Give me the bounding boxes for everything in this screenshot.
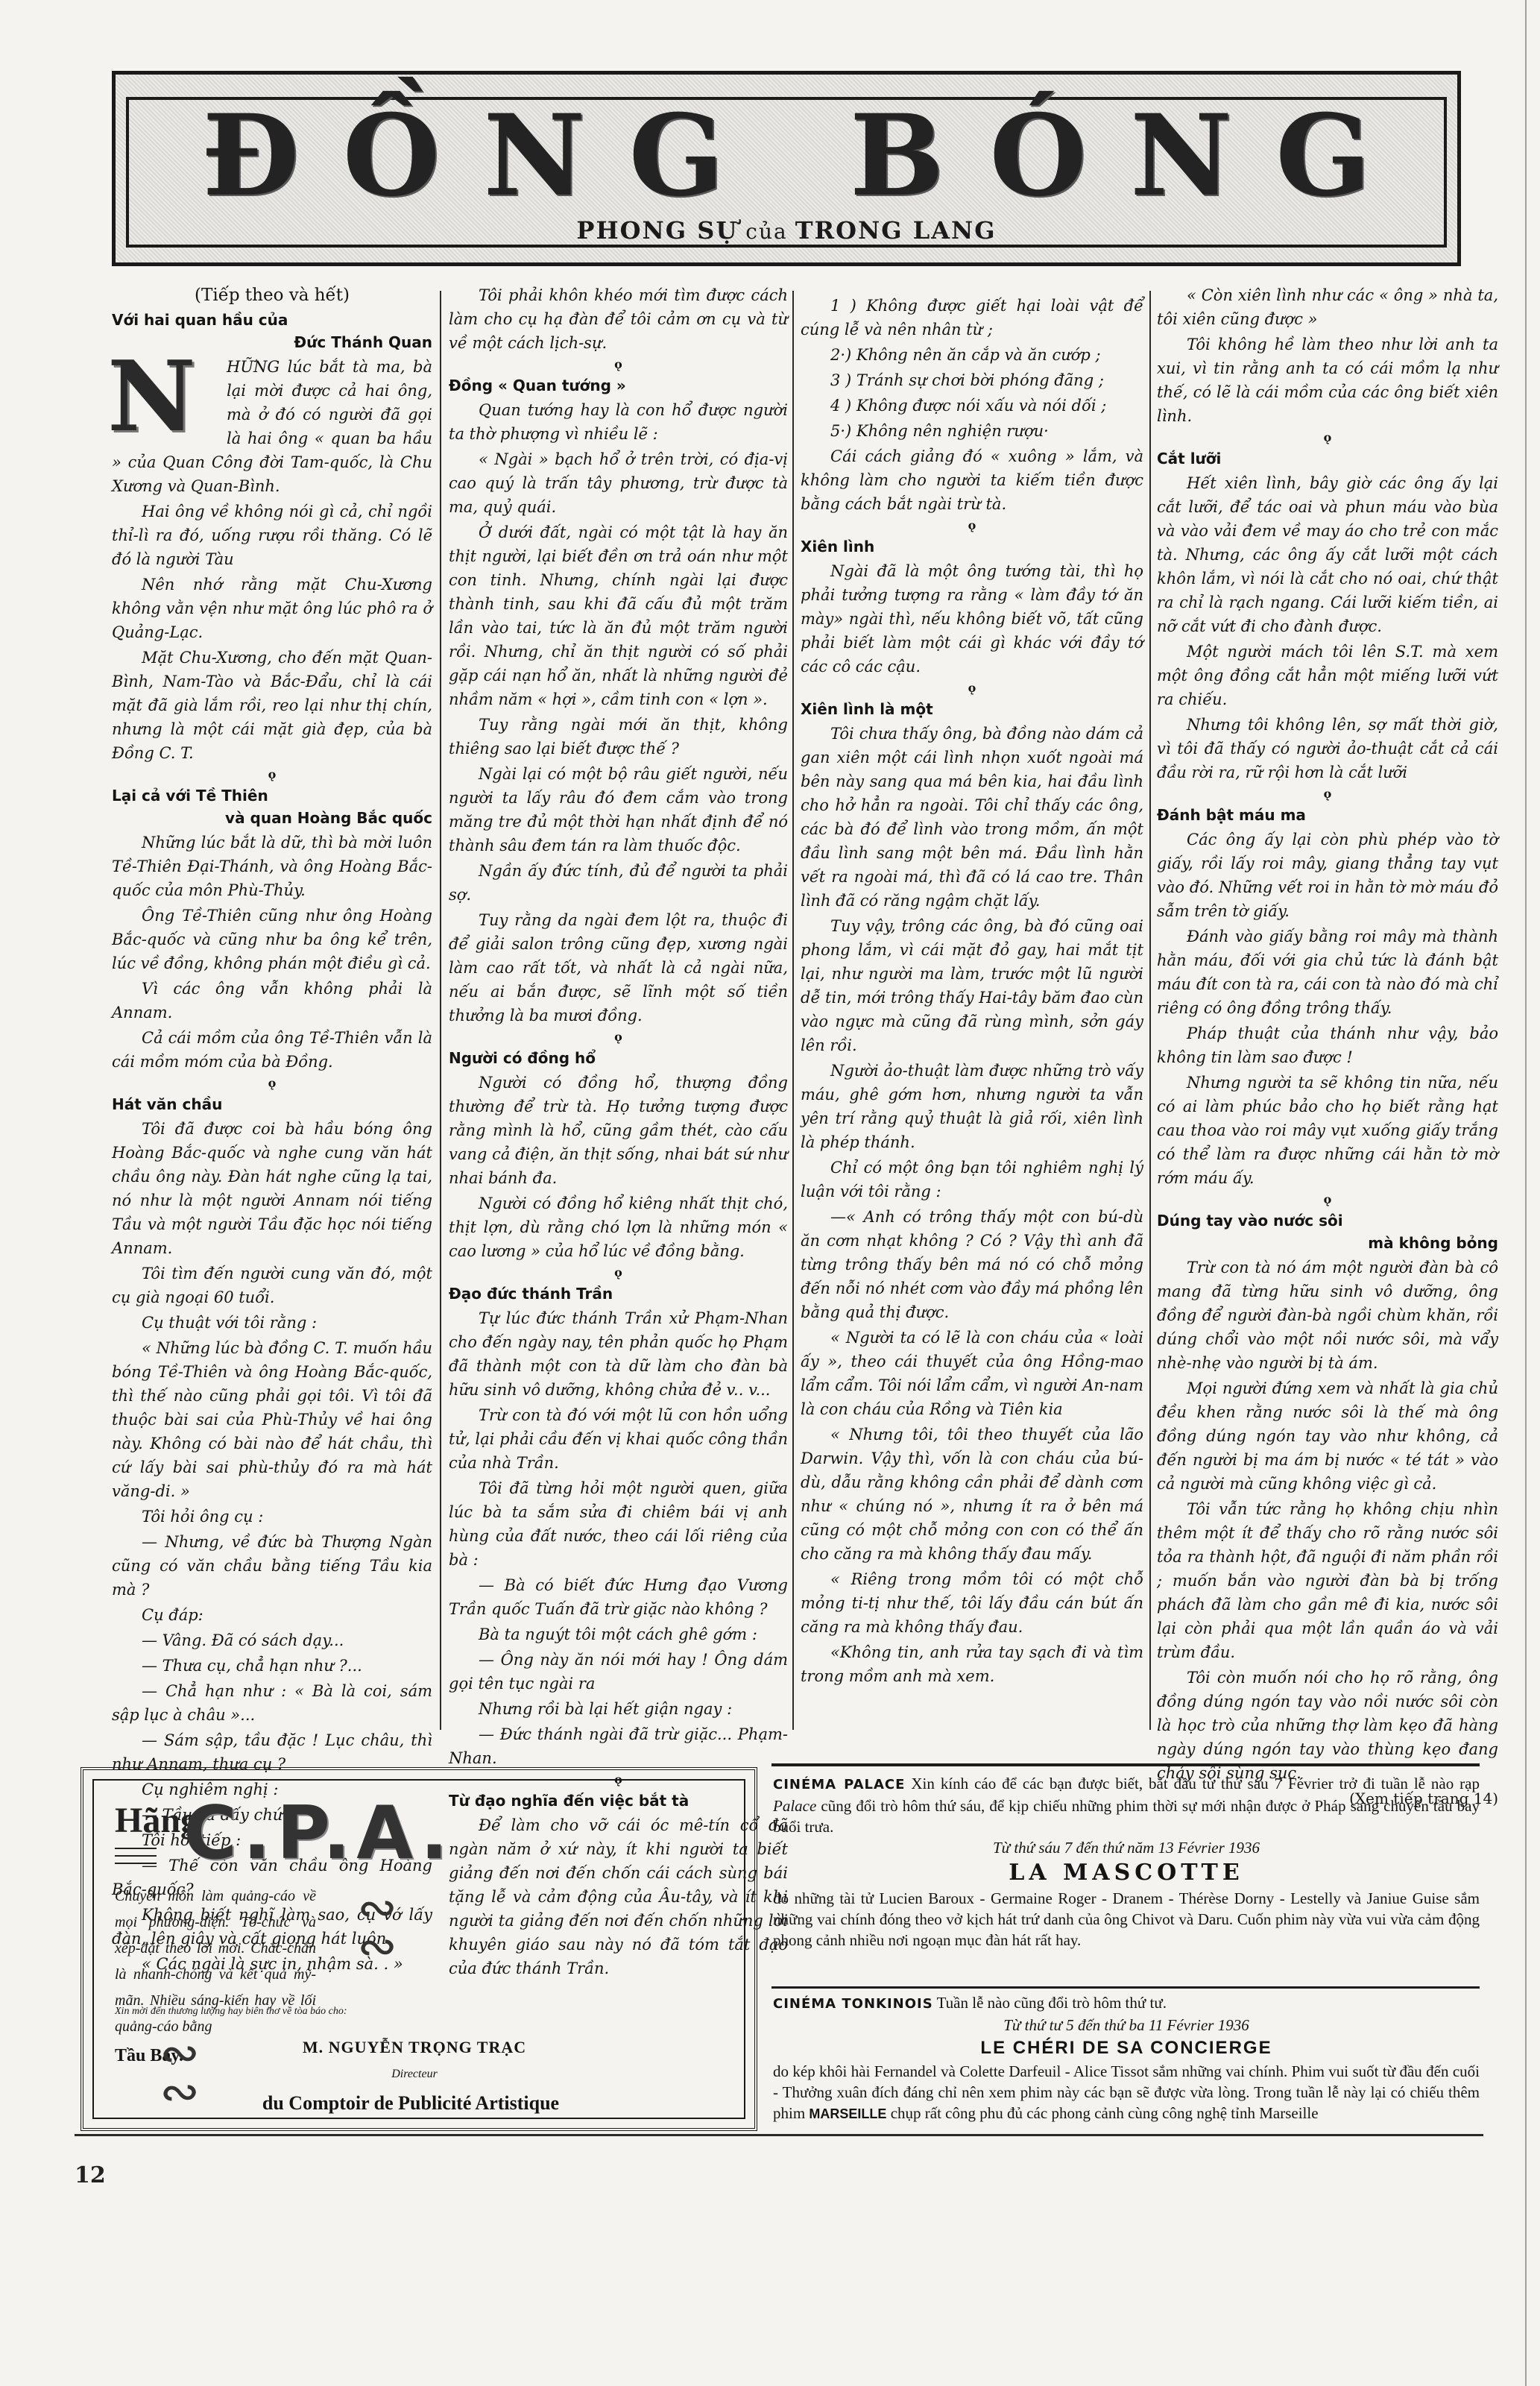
paragraph: Nên nhớ rằng mặt Chu-Xương không vằn vện…: [112, 573, 432, 644]
section-separator-icon: ǫ: [449, 1265, 788, 1281]
paragraph: Tôi vẫn tức rằng họ không chịu nhìn thêm…: [1157, 1497, 1498, 1664]
column-2: Tôi phải khôn khéo mới tìm được cách làm…: [449, 283, 788, 1737]
column-divider: [1149, 291, 1151, 1730]
paragraph: Tuy vậy, trông các ông, bà đó cũng oai p…: [801, 914, 1143, 1057]
ad-invitation: Xin mời đến thương lượng hay biên thơ về…: [115, 2006, 428, 2018]
paragraph: Mọi người đứng xem và nhất là gia chủ đề…: [1157, 1376, 1498, 1496]
paragraph: Ngài đã là một ông tướng tài, thì họ phả…: [801, 559, 1143, 679]
paragraph: Hai ông về không nói gì cả, chỉ ngồi thỉ…: [112, 500, 432, 571]
company-name: du Comptoir de Publicité Artistique: [236, 2092, 586, 2115]
cinema-notice: Xin kính cáo để các bạn được biết, bắt đ…: [911, 1775, 1480, 1792]
ad-label-underline: [115, 1848, 157, 1870]
paragraph: « Những lúc bà đồng C. T. muốn hầu bóng …: [112, 1336, 432, 1503]
cinema-name: CINÉMA PALACE: [773, 1777, 905, 1792]
paragraph: Cụ đáp:: [112, 1603, 432, 1627]
paragraph: «Không tin, anh rửa tay sạch đi và tìm t…: [801, 1640, 1143, 1688]
section-separator-icon: ǫ: [801, 680, 1143, 696]
showing-dates: Từ thứ sáu 7 đến thứ năm 13 Février 1936: [773, 1837, 1480, 1858]
paragraph: — Ông này ăn nói mới hay ! Ông dám gọi t…: [449, 1648, 788, 1696]
paragraph: « Người ta có lẽ là con cháu của « loài …: [801, 1326, 1143, 1421]
heading-line: và quan Hoàng Bắc quốc: [112, 807, 432, 829]
subtitle-prefix: PHONG SỰ: [576, 216, 738, 245]
paragraph: Hết xiên lình, bây giờ các ông ấy lại cắ…: [1157, 471, 1498, 638]
paragraph: Nhưng người ta sẽ không tin nữa, nếu có …: [1157, 1071, 1498, 1190]
paragraph: Người có đồng hổ kiêng nhất thịt chó, th…: [449, 1192, 788, 1263]
paragraph: Tôi tìm đến người cung văn đó, một cụ gi…: [112, 1262, 432, 1309]
ad-inner-frame: Hãng C.P.A. Chuyên môn làm quảng-cáo về …: [92, 1779, 745, 2119]
cinema-notice-italic: Palace: [773, 1797, 816, 1815]
flourish-ornament-icon: ∾ ∾: [154, 2034, 206, 2112]
paragraph: Tôi không hề làm theo như lời anh ta xui…: [1157, 333, 1498, 428]
paragraph: Tuy rằng da ngài đem lột ra, thuộc đi để…: [449, 908, 788, 1027]
section-separator-icon: ǫ: [112, 767, 432, 783]
paragraph: Đánh vào giấy bằng roi mây mà thành hằn …: [1157, 925, 1498, 1020]
section-heading: Đồng « Quan tướng »: [449, 374, 788, 397]
subtitle-by: của: [745, 219, 787, 244]
section-heading: Xiên lình: [801, 535, 1143, 558]
paragraph: Cái cách giảng đó « xuông » lắm, và khôn…: [801, 444, 1143, 516]
paragraph: « Ngài » bạch hổ ở trên trời, có địa-vị …: [449, 447, 788, 519]
paragraph: « Còn xiên lình như các « ông » nhà ta, …: [1157, 283, 1498, 331]
cinema-notice: cũng đổi trò hôm thứ sáu, để kịp chiếu n…: [773, 1797, 1480, 1836]
paragraph: Tôi hỏi ông cụ :: [112, 1505, 432, 1529]
list-item: 2·) Không nên ăn cắp và ăn cướp ;: [801, 343, 1143, 367]
paragraph: Trừ con tà đó với một lũ con hồn uổng tử…: [449, 1403, 788, 1475]
column-4: « Còn xiên lình như các « ông » nhà ta, …: [1157, 283, 1498, 1737]
film-description: do những tài tử Lucien Baroux - Germaine…: [773, 1888, 1480, 1951]
section-separator-icon: ǫ: [1157, 1192, 1498, 1208]
cinema-notice: Tuần lễ nào cũng đổi trò hôm thứ tư.: [937, 1994, 1167, 2012]
flourish-glyph: ∾: [160, 2065, 200, 2120]
section-heading: Hát văn chầu: [112, 1093, 432, 1115]
paragraph: — Bà có biết đức Hưng đạo Vương Trần quố…: [449, 1573, 788, 1621]
masthead-subtitle: PHONG SỰcủaTRONG LANG: [576, 216, 996, 245]
list-item: 4 ) Không được nói xấu và nói dối ;: [801, 394, 1143, 418]
paragraph: Chỉ có một ông bạn tôi nghiêm nghị lý lu…: [801, 1156, 1143, 1203]
section-heading: Lại cả với Tề Thiên và quan Hoàng Bắc qu…: [112, 784, 432, 829]
film-description-text: chụp rất công phu đủ các phong cảnh cùng…: [891, 2104, 1319, 2122]
paragraph: — Nhưng, về đức bà Thượng Ngàn cũng có v…: [112, 1530, 432, 1602]
paragraph: Người có đồng hổ, thượng đồng thường để …: [449, 1071, 788, 1190]
paragraph: Cụ thuật với tôi rằng :: [112, 1311, 432, 1335]
cinema-tonkinois-listing: CINÉMA TONKINOIS Tuần lễ nào cũng đổi tr…: [773, 1992, 1480, 2124]
section-separator-icon: ǫ: [1157, 429, 1498, 446]
paragraph: Tôi còn muốn nói cho họ rõ rằng, ông đồn…: [1157, 1666, 1498, 1785]
paragraph: Ông Tề-Thiên cũng như ông Hoàng Bắc-quốc…: [112, 904, 432, 975]
paragraph: Quan tướng hay là con hổ được người ta t…: [449, 398, 788, 446]
column-divider: [440, 291, 441, 1730]
section-separator-icon: ǫ: [801, 517, 1143, 534]
paragraph: Người ảo-thuật làm được những trò vấy má…: [801, 1059, 1143, 1154]
paragraph: Ở dưới đất, ngài có một tật là hay ăn th…: [449, 520, 788, 711]
film-extra-title: MARSEILLE: [809, 2106, 886, 2121]
masthead-frame: ĐỒNG BÓNG PHONG SỰcủaTRONG LANG: [126, 97, 1447, 248]
paragraph: — Đức thánh ngài đã trừ giặc... Phạm-Nha…: [449, 1722, 788, 1770]
paragraph: Tôi đã từng hỏi một người quen, giữa lúc…: [449, 1476, 788, 1572]
paragraph: — Thưa cụ, chẳ hạn như ?...: [112, 1654, 432, 1678]
horizontal-rule: [75, 2134, 1483, 2136]
section-heading: Đánh bật máu ma: [1157, 804, 1498, 826]
paragraph: Các ông ấy lại còn phù phép vào tờ giấy,…: [1157, 828, 1498, 923]
paragraph: Một người mách tôi lên S.T. mà xem một ô…: [1157, 640, 1498, 711]
paragraph: Trừ con tà nó ám một người đàn bà cô man…: [1157, 1256, 1498, 1375]
paragraph: Tự lúc đức thánh Trần xử Phạm-Nhan cho đ…: [449, 1306, 788, 1402]
section-heading: Dúng tay vào nước sôi mà không bỏng: [1157, 1209, 1498, 1254]
author-name: TRONG LANG: [795, 216, 997, 245]
cpa-advertisement: Hãng C.P.A. Chuyên môn làm quảng-cáo về …: [81, 1767, 757, 2131]
section-heading: Người có đồng hổ: [449, 1047, 788, 1069]
paragraph: Vì các ông vẫn không phải là Annam.: [112, 977, 432, 1024]
paragraph: Những lúc bắt là dữ, thì bà mời luôn Tề-…: [112, 831, 432, 902]
column-1: (Tiếp theo và hết) Với hai quan hầu của …: [112, 283, 432, 1737]
heading-line: mà không bỏng: [1157, 1232, 1498, 1254]
heading-line: Với hai quan hầu của: [112, 311, 288, 329]
paragraph: Tuy rằng ngài mới ăn thịt, không thiêng …: [449, 713, 788, 761]
paragraph: « Riêng trong mồm tôi có một chỗ mỏng ti…: [801, 1567, 1143, 1639]
column-3: 1 ) Không được giết hại loài vật để cúng…: [801, 283, 1143, 1737]
list-item: 1 ) Không được giết hại loài vật để cúng…: [801, 294, 1143, 341]
paragraph: Pháp thuật của thánh như vậy, bảo không …: [1157, 1022, 1498, 1069]
continuation-note: (Tiếp theo và hết): [112, 283, 432, 307]
section-heading: Cắt lưỡi: [1157, 447, 1498, 470]
paragraph: Bà ta nguýt tôi một cách ghê gớm :: [449, 1622, 788, 1646]
masthead-title: ĐỒNG BÓNG: [202, 100, 1415, 212]
paragraph: Ngài lại có một bộ râu giết người, nếu n…: [449, 762, 788, 857]
paragraph: « Nhưng tôi, tôi theo thuyết của lão Dar…: [801, 1423, 1143, 1566]
film-description: do kép khôi hài Fernandel và Colette Dar…: [773, 2061, 1480, 2124]
director-title: Directeur: [265, 2068, 564, 2081]
paragraph: Tôi chưa thấy ông, bà đồng nào dám cả ga…: [801, 722, 1143, 913]
section-separator-icon: ǫ: [449, 1029, 788, 1045]
film-title: LE CHÉRI DE SA CONCIERGE: [773, 2037, 1480, 2059]
flourish-ornament-icon: ∾ ∾: [351, 1889, 403, 1966]
section-separator-icon: ǫ: [112, 1075, 432, 1092]
drop-cap: N: [107, 359, 219, 434]
paragraph: Nhưng rồi bà lại hết giận ngay :: [449, 1697, 788, 1721]
masthead: ĐỒNG BÓNG PHONG SỰcủaTRONG LANG: [112, 71, 1461, 266]
paragraph: Ngần ấy đức tính, đủ để người ta phải sợ…: [449, 859, 788, 907]
paragraph: Tôi phải khôn khéo mới tìm được cách làm…: [449, 283, 788, 355]
flourish-glyph: ∾: [357, 1919, 397, 1974]
paragraph: Tôi đã được coi bà hầu bóng ông Hoàng Bắ…: [112, 1117, 432, 1260]
heading-line: Lại cả với Tề Thiên: [112, 787, 268, 805]
paragraph: Mặt Chu-Xương, cho đến mặt Quan-Bình, Na…: [112, 646, 432, 765]
cinema-name: CINÉMA TONKINOIS: [773, 1996, 933, 2012]
section-separator-icon: ǫ: [1157, 786, 1498, 802]
page-number: 12: [75, 2162, 106, 2188]
paragraph: Nhưng tôi không lên, sợ mất thời giờ, vì…: [1157, 713, 1498, 784]
paragraph: — Vâng. Đã có sách dạy...: [112, 1628, 432, 1652]
showing-dates: Từ thứ tư 5 đến thứ ba 11 Février 1936: [773, 2015, 1480, 2036]
section-heading: Đạo đức thánh Trần: [449, 1282, 788, 1305]
section-separator-icon: ǫ: [449, 356, 788, 373]
cinema-palace-listing: CINÉMA PALACE Xin kính cáo để các bạn đư…: [773, 1773, 1480, 1951]
list-item: 3 ) Tránh sự chơi bời phóng đãng ;: [801, 368, 1143, 392]
column-divider: [792, 291, 794, 1730]
paragraph: NHỮNG lúc bắt tà ma, bà lại mời được cả …: [112, 355, 432, 498]
paragraph: — Chẳ hạn như : « Bà là coi, sám sập lục…: [112, 1679, 432, 1727]
director-name: M. NGUYỄN TRỌNG TRẠC: [265, 2038, 564, 2057]
horizontal-rule: [771, 1986, 1480, 1989]
horizontal-rule: [771, 1763, 1480, 1766]
heading-line: Dúng tay vào nước sôi: [1157, 1212, 1343, 1230]
page-edge-line: [1525, 0, 1527, 2386]
film-title: LA MASCOTTE: [773, 1860, 1480, 1886]
section-heading: Xiên lình là một: [801, 698, 1143, 720]
article-body: (Tiếp theo và hết) Với hai quan hầu của …: [112, 283, 1513, 1737]
list-item: 5·) Không nên nghiện rượu·: [801, 419, 1143, 443]
ad-brand: C.P.A.: [183, 1791, 454, 1876]
paragraph: —« Anh có trông thấy một con bú-dù ăn cơ…: [801, 1205, 1143, 1324]
paragraph: Cả cái mồm của ông Tề-Thiên vẫn là cái m…: [112, 1026, 432, 1074]
